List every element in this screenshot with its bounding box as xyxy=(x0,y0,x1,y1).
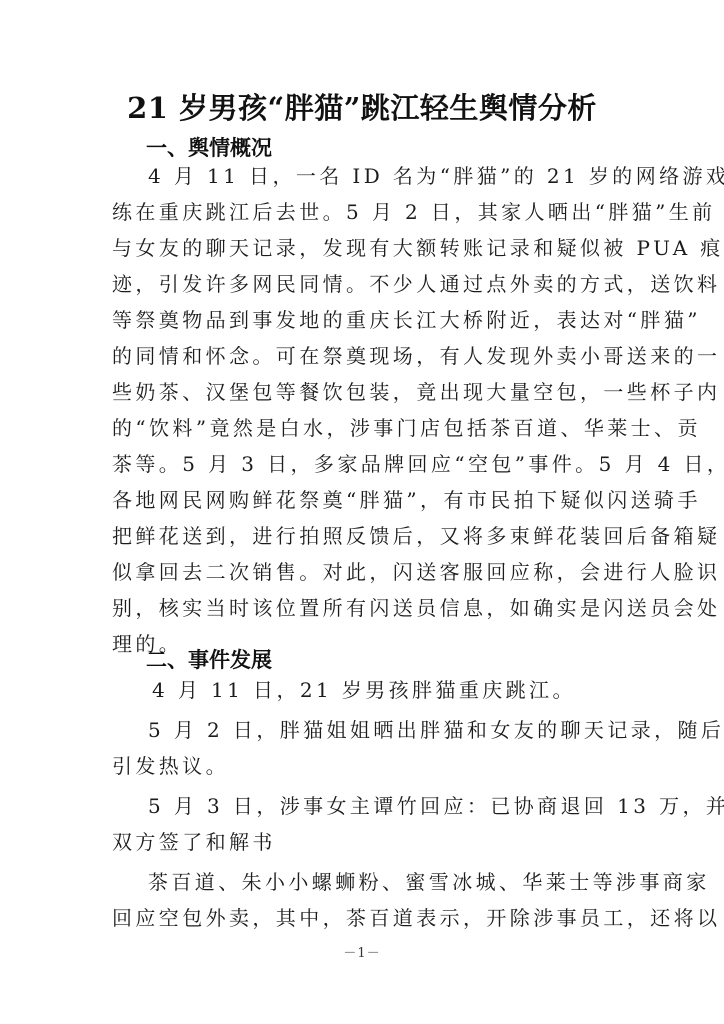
section-body-development: 4 月 11 日，21 岁男孩胖猫重庆跳江。 5 月 2 日，胖猫姐姐晒出胖猫和… xyxy=(112,672,612,936)
document-page: 21 岁男孩“胖猫”跳江轻生舆情分析 一、舆情概况 4 月 11 日，一名 ID… xyxy=(0,0,724,1024)
paragraph-line: 各地网民网购鲜花祭奠“胖猫”，有市民拍下疑似闪送骑手 xyxy=(112,482,612,518)
paragraph-line: 5 月 3 日，涉事女主谭竹回应：已协商退回 13 万，并且 xyxy=(112,788,612,824)
paragraph-line: 的“饮料”竟然是白水，涉事门店包括茶百道、华莱士、贡 xyxy=(112,410,612,446)
paragraph-line: 4 月 11 日，21 岁男孩胖猫重庆跳江。 xyxy=(112,672,612,708)
page-number: －1－ xyxy=(0,942,724,961)
paragraph-line: 练在重庆跳江后去世。5 月 2 日，其家人晒出“胖猫”生前 xyxy=(112,194,612,230)
document-title: 21 岁男孩“胖猫”跳江轻生舆情分析 xyxy=(0,86,724,127)
paragraph-line: 引发热议。 xyxy=(112,748,612,784)
paragraph-line: 与女友的聊天记录，发现有大额转账记录和疑似被 PUA 痕 xyxy=(112,230,612,266)
paragraph-line: 等祭奠物品到事发地的重庆长江大桥附近，表达对“胖猫” xyxy=(112,302,612,338)
section-body-overview: 4 月 11 日，一名 ID 名为“胖猫”的 21 岁的网络游戏代 练在重庆跳江… xyxy=(112,158,612,662)
paragraph-line: 些奶茶、汉堡包等餐饮包装，竟出现大量空包，一些杯子内 xyxy=(112,374,612,410)
paragraph-line: 别，核实当时该位置所有闪送员信息，如确实是闪送员会处 xyxy=(112,590,612,626)
paragraph-line: 回应空包外卖，其中，茶百道表示，开除涉事员工，还将以 xyxy=(112,900,612,936)
paragraph-line: 的同情和怀念。可在祭奠现场，有人发现外卖小哥送来的一 xyxy=(112,338,612,374)
section-heading-development: 二、事件发展 xyxy=(146,644,272,674)
paragraph-line: 4 月 11 日，一名 ID 名为“胖猫”的 21 岁的网络游戏代 xyxy=(112,158,612,194)
paragraph-line: 似拿回去二次销售。对此，闪送客服回应称，会进行人脸识 xyxy=(112,554,612,590)
paragraph-line: 把鲜花送到，进行拍照反馈后，又将多束鲜花装回后备箱疑 xyxy=(112,518,612,554)
paragraph-line: 5 月 2 日，胖猫姐姐晒出胖猫和女友的聊天记录，随后 xyxy=(112,712,612,748)
paragraph-line: 迹，引发许多网民同情。不少人通过点外卖的方式，送饮料 xyxy=(112,266,612,302)
paragraph-line: 茶百道、朱小小螺蛳粉、蜜雪冰城、华莱士等涉事商家 xyxy=(112,864,612,900)
paragraph-line: 茶等。5 月 3 日，多家品牌回应“空包”事件。5 月 4 日， xyxy=(112,446,612,482)
paragraph-line: 双方签了和解书 xyxy=(112,824,612,860)
